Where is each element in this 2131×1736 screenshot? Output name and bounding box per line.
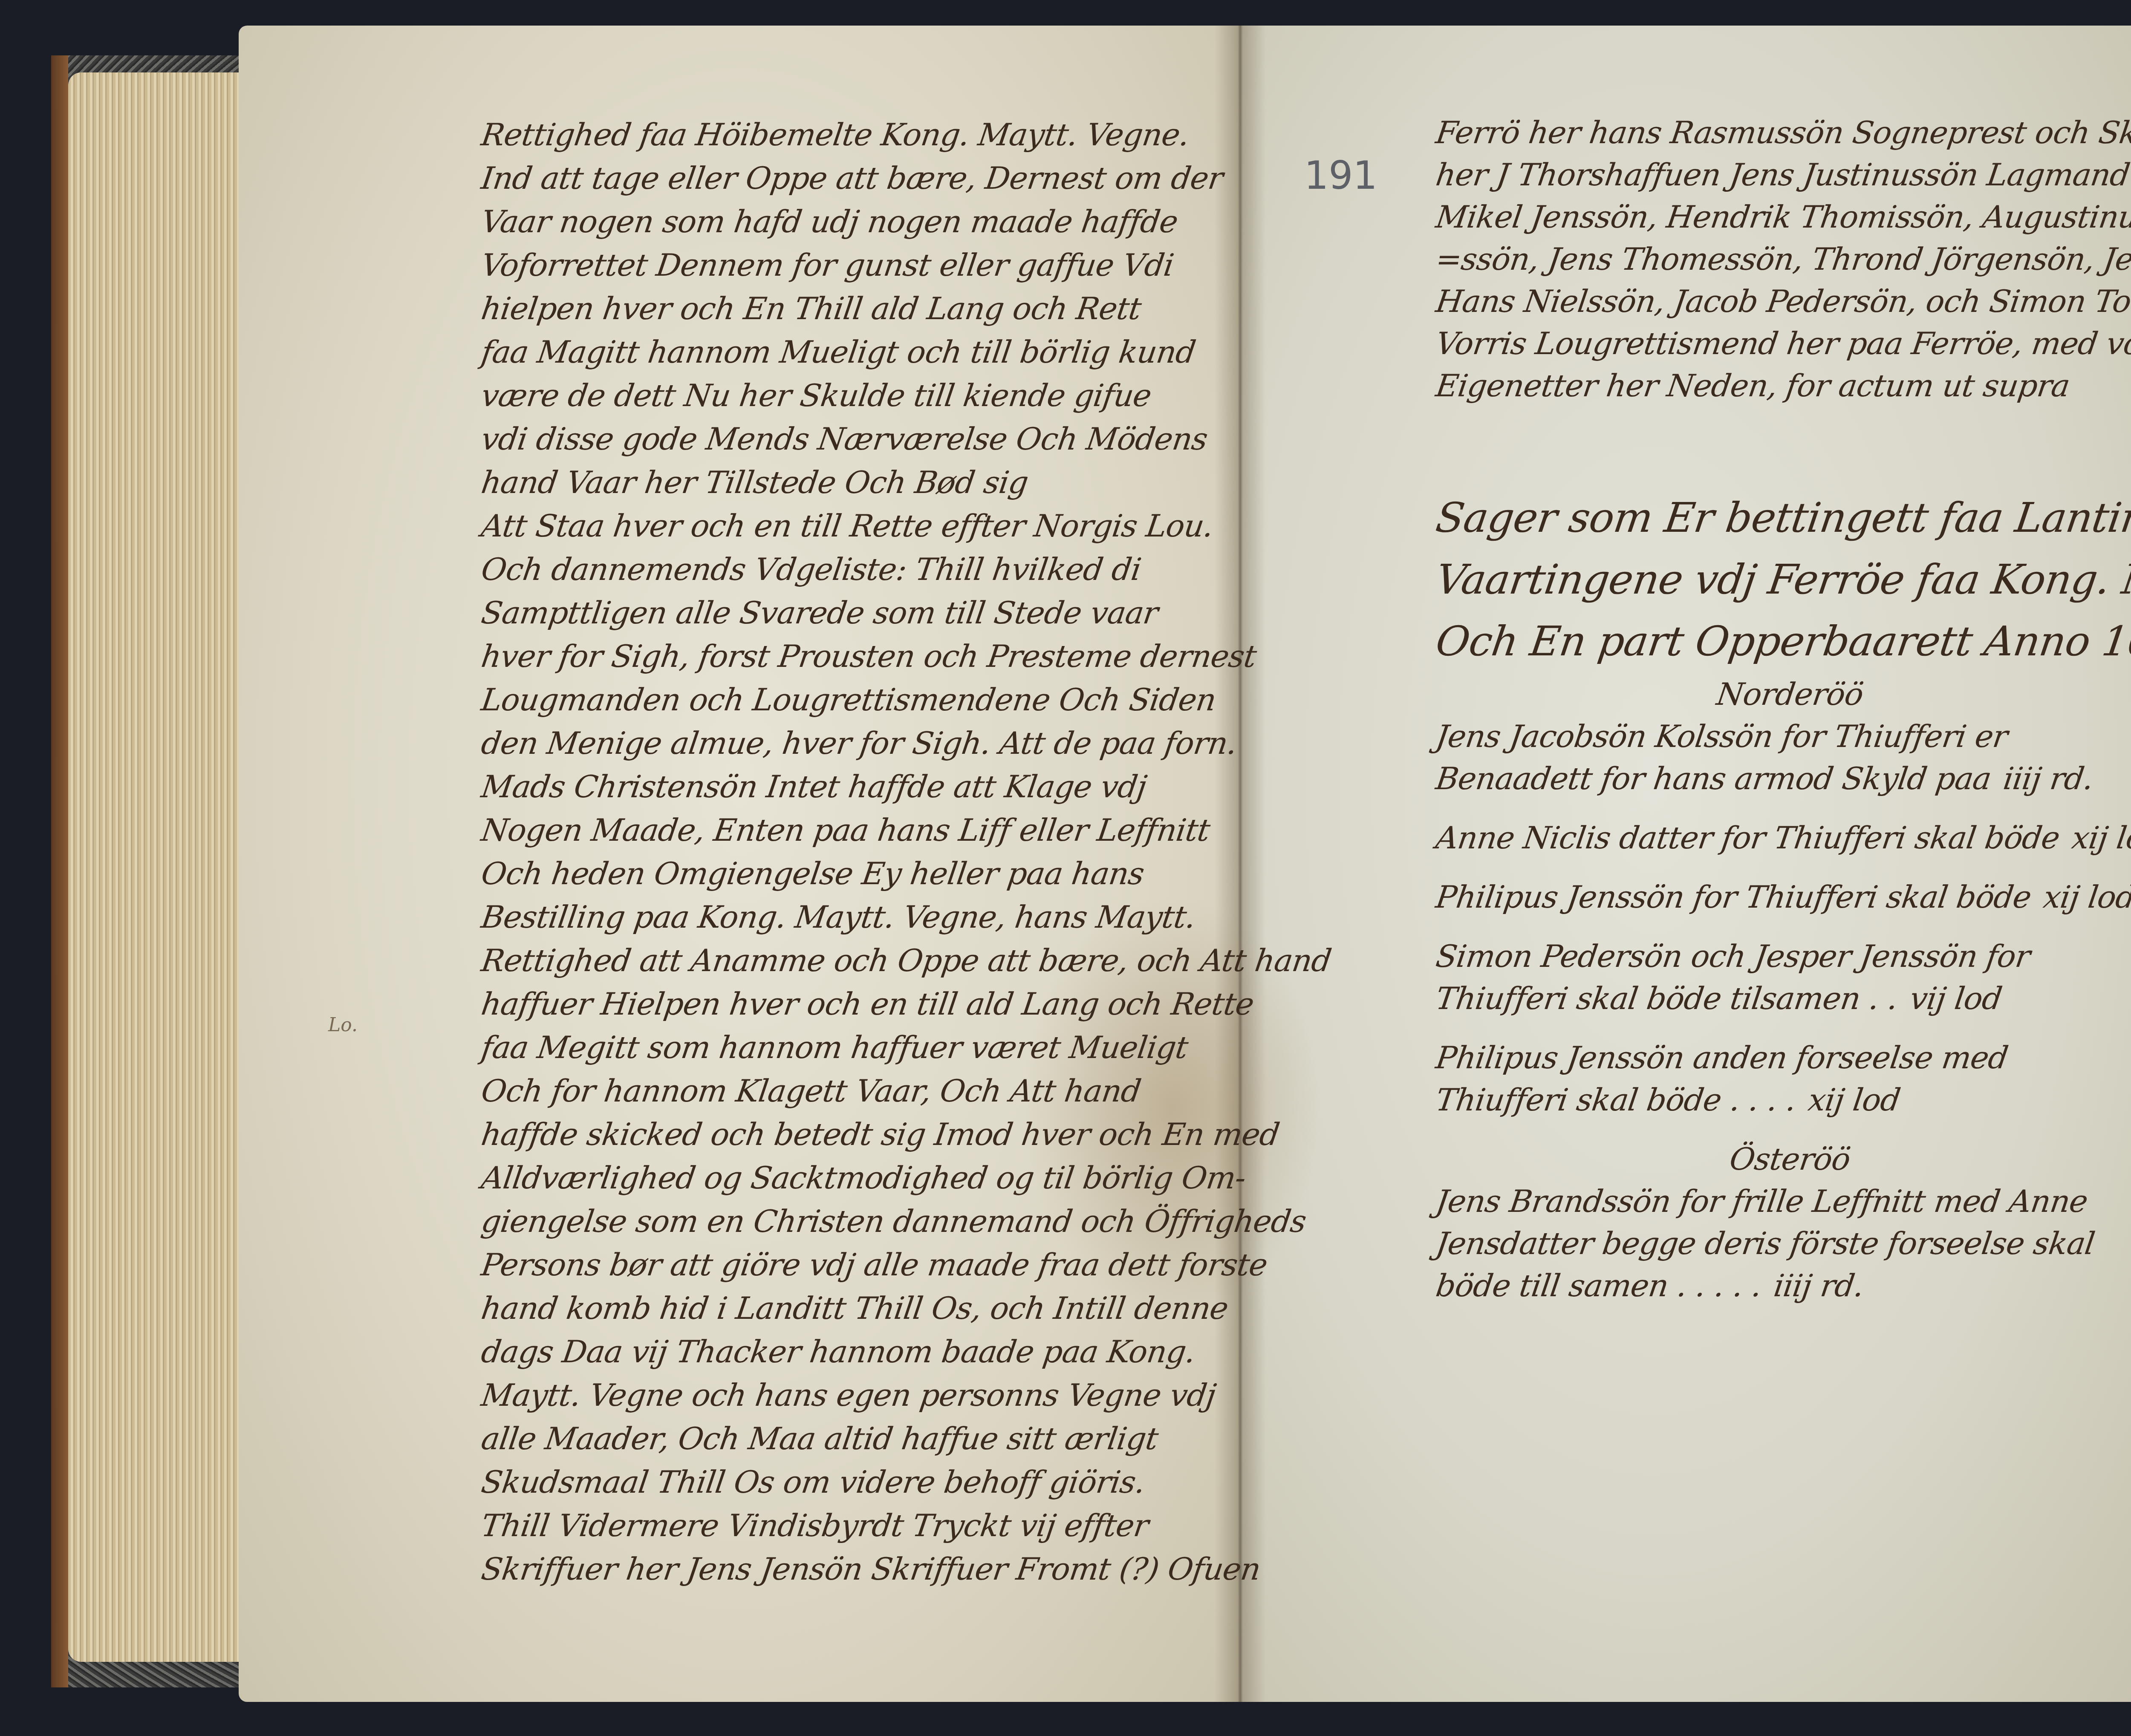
fine-entry: Anne Niclis datter for Thiufferi skal bö…: [1436, 816, 2131, 875]
manuscript-line: være de dett Nu her Skulde till kiende g…: [479, 374, 1252, 417]
heading-line: Och En part Opperbaarett Anno 1631: [1432, 611, 2131, 672]
manuscript-line: dags Daa vij Thacker hannom baade paa Ko…: [479, 1330, 1252, 1373]
manuscript-line: Sampttligen alle Svarede som till Stede …: [479, 591, 1252, 634]
manuscript-line: Rettighed att Anamme och Oppe att bære, …: [479, 939, 1252, 982]
section-heading: Sager som Er bettingett faa Lantingett o…: [1436, 487, 2131, 672]
manuscript-line: Vorris Lougrettismend her paa Ferröe, me…: [1433, 322, 2131, 364]
heading-line: Vaartingene vdj Ferröe faa Kong. Maytt. …: [1432, 549, 2131, 611]
manuscript-line: Vaar nogen som hafd udj nogen maade haff…: [479, 200, 1252, 243]
manuscript-line: Hans Nielssön, Jacob Pedersön, och Simon…: [1433, 280, 2131, 322]
manuscript-line: =ssön, Jens Thomessön, Thrond Jörgensön,…: [1433, 237, 2131, 280]
manuscript-line: Nogen Maade, Enten paa hans Liff eller L…: [479, 808, 1252, 852]
fine-amount: xij lod: [2069, 816, 2131, 859]
manuscript-line: Rettighed faa Höibemelte Kong. Maytt. Ve…: [479, 113, 1252, 156]
heading-line: Sager som Er bettingett faa Lantingett o…: [1432, 487, 2131, 549]
entry-line: Philipus Jenssön anden forseelse med: [1433, 1036, 2131, 1078]
closing-signatories-paragraph: Ferrö her hans Rasmussön Sogneprest och …: [1436, 111, 2131, 406]
entry-line: Jensdatter begge deris förste forseelse …: [1433, 1222, 2131, 1264]
manuscript-line: Maytt. Vegne och hans egen personns Vegn…: [479, 1373, 1252, 1417]
fine-entries: NorderööJens Jacobsön Kolssön for Thiuff…: [1436, 672, 2131, 1323]
fine-entry: Jens Brandssön for frille Leffnitt med A…: [1436, 1179, 2131, 1323]
manuscript-line: Bestilling paa Kong. Maytt. Vegne, hans …: [479, 895, 1252, 939]
fine-amount: vij lod: [1907, 977, 2005, 1020]
manuscript-line: faa Megitt som hannom haffuer været Muel…: [479, 1026, 1252, 1069]
manuscript-line: vdi disse gode Mends Nærværelse Och Möde…: [479, 417, 1252, 461]
manuscript-line: Ind att tage eller Oppe att bære, Dernes…: [479, 156, 1252, 200]
entry-line: Anne Niclis datter for Thiufferi skal bö…: [1433, 816, 2131, 858]
fine-entry: Simon Pedersön och Jesper Jenssön forThi…: [1436, 934, 2131, 1036]
folio-number: 191: [1304, 153, 1377, 198]
manuscript-line: Persons bør att giöre vdj alle maade fra…: [479, 1243, 1252, 1286]
manuscript-line: faa Magitt hannom Mueligt och till börli…: [479, 330, 1252, 374]
margin-note: Lo.: [328, 1014, 358, 1036]
fine-entry: Jens Jacobsön Kolssön for Thiufferi erBe…: [1436, 715, 2131, 816]
manuscript-line: haffuer Hielpen hver och en till ald Lan…: [479, 982, 1252, 1026]
entry-line: Philipus Jenssön for Thiufferi skal böde…: [1433, 875, 2131, 917]
manuscript-line: her J Thorshaffuen Jens Justinussön Lagm…: [1433, 153, 2131, 195]
entry-line: Simon Pedersön och Jesper Jenssön for: [1433, 934, 2131, 977]
manuscript-line: hielpen hver och En Thill ald Lang och R…: [479, 287, 1252, 330]
entry-line: Benaadett for hans armod Skyld paaiiij r…: [1433, 757, 2131, 799]
region-heading: Norderöö: [1433, 672, 2131, 715]
manuscript-line: hver for Sigh, forst Prousten och Preste…: [479, 634, 1252, 678]
manuscript-line: Thill Vidermere Vindisbyrdt Tryckt vij e…: [479, 1504, 1252, 1547]
manuscript-line: Och dannemends Vdgeliste: Thill hvilked …: [479, 548, 1252, 591]
manuscript-line: giengelse som en Christen dannemand och …: [479, 1200, 1252, 1243]
manuscript-line: Eigenetter her Neden, for actum ut supra: [1433, 364, 2131, 406]
fine-amount: iiij rd.: [2001, 757, 2096, 800]
left-page-text: Rettighed faa Höibemelte Kong. Maytt. Ve…: [482, 113, 1249, 1591]
manuscript-line: Skudsmaal Thill Os om videre behoff giör…: [479, 1460, 1252, 1504]
right-page-text: Ferrö her hans Rasmussön Sogneprest och …: [1436, 111, 2131, 1323]
entry-line: Jens Jacobsön Kolssön for Thiufferi er: [1433, 715, 2131, 757]
manuscript-line: hand komb hid i Landitt Thill Os, och In…: [479, 1286, 1252, 1330]
manuscript-line: den Menige almue, hver for Sigh. Att de …: [479, 721, 1252, 765]
manuscript-line: alle Maader, Och Maa altid haffue sitt æ…: [479, 1417, 1252, 1460]
fine-entry: Philipus Jenssön anden forseelse medThiu…: [1436, 1036, 2131, 1137]
manuscript-line: Voforrettet Dennem for gunst eller gaffu…: [479, 243, 1252, 287]
manuscript-line: Och for hannom Klagett Vaar, Och Att han…: [479, 1069, 1252, 1113]
fine-amount: iiij rd.: [1771, 1264, 1867, 1307]
leather-corner-left: [51, 55, 68, 1687]
manuscript-line: Ferrö her hans Rasmussön Sogneprest och …: [1433, 111, 2131, 153]
manuscript-line: Skriffuer her Jens Jensön Skriffuer From…: [479, 1547, 1252, 1591]
fine-amount: xij lod: [1805, 1078, 1903, 1122]
entry-line: Jens Brandssön for frille Leffnitt med A…: [1433, 1179, 2131, 1222]
fine-amount: xij lod: [2041, 875, 2131, 919]
entry-line: Thiufferi skal böde . . . .xij lod: [1433, 1078, 2131, 1120]
manuscript-line: Mads Christensön Intet haffde att Klage …: [479, 765, 1252, 808]
manuscript-line: haffde skicked och betedt sig Imod hver …: [479, 1113, 1252, 1156]
manuscript-line: Lougmanden och Lougrettismendene Och Sid…: [479, 678, 1252, 721]
manuscript-line: hand Vaar her Tillstede Och Bød sig: [479, 461, 1252, 504]
fine-entry: Philipus Jenssön for Thiufferi skal böde…: [1436, 875, 2131, 934]
region-heading: Österöö: [1433, 1137, 2131, 1179]
entry-line: Thiufferi skal böde tilsamen . .vij lod: [1433, 977, 2131, 1019]
manuscript-line: Och heden Omgiengelse Ey heller paa hans: [479, 852, 1252, 895]
manuscript-line: Mikel Jenssön, Hendrik Thomissön, August…: [1433, 195, 2131, 237]
manuscript-line: Att Staa hver och en till Rette effter N…: [479, 504, 1252, 548]
manuscript-line: Alldværlighed og Sacktmodighed og til bö…: [479, 1156, 1252, 1200]
entry-line: böde till samen . . . . .iiij rd.: [1433, 1264, 2131, 1306]
